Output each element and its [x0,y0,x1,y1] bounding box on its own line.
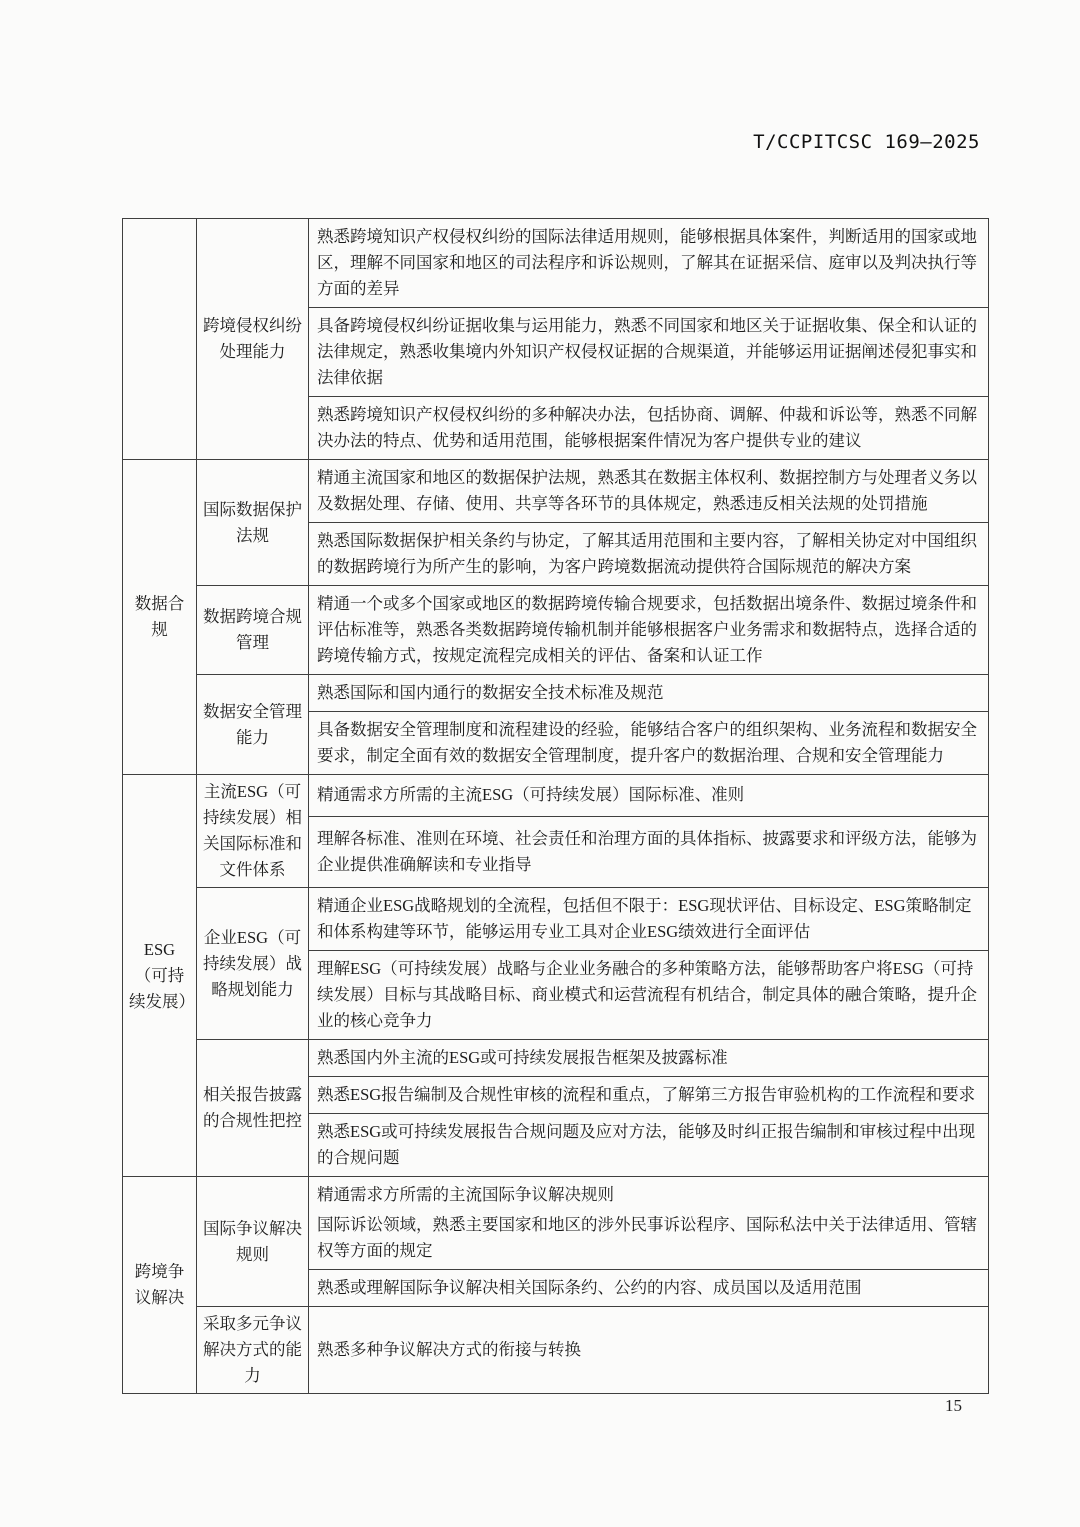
subcategory-cell: 国际数据保护法规 [197,460,309,586]
table-row: 企业ESG（可持续发展）战略规划能力精通企业ESG战略规划的全流程，包括但不限于… [123,888,989,951]
category-cell: 数据合规 [123,460,197,775]
requirement-cell: 具备跨境侵权纠纷证据收集与运用能力，熟悉不同国家和地区关于证据收集、保全和认证的… [309,308,989,397]
table-row: 相关报告披露的合规性把控熟悉国内外主流的ESG或可持续发展报告框架及披露标准 [123,1040,989,1077]
table-row: 数据跨境合规管理精通一个或多个国家或地区的数据跨境传输合规要求，包括数据出境条件… [123,586,989,675]
requirement-text: 熟悉国内外主流的ESG或可持续发展报告框架及披露标准 [317,1045,980,1071]
requirement-text: 精通一个或多个国家或地区的数据跨境传输合规要求，包括数据出境条件、数据过境条件和… [317,591,980,669]
requirement-text: 熟悉国际数据保护相关条约与协定，了解其适用范围和主要内容，了解相关协定对中国组织… [317,528,980,580]
requirement-text: 精通需求方所需的主流国际争议解决规则 [317,1182,980,1208]
subcategory-cell: 跨境侵权纠纷处理能力 [197,219,309,460]
requirement-text: 精通企业ESG战略规划的全流程，包括但不限于：ESG现状评估、目标设定、ESG策… [317,893,980,945]
requirement-cell: 理解各标准、准则在环境、社会责任和治理方面的具体指标、披露要求和评级方法，能够为… [309,816,989,887]
requirement-text: 理解ESG（可持续发展）战略与企业业务融合的多种策略方法，能够帮助客户将ESG（… [317,956,980,1034]
requirement-text: 具备数据安全管理制度和流程建设的经验，能够结合客户的组织架构、业务流程和数据安全… [317,717,980,769]
requirement-text: 精通需求方所需的主流ESG（可持续发展）国际标准、准则 [317,782,980,808]
requirement-cell: 精通企业ESG战略规划的全流程，包括但不限于：ESG现状评估、目标设定、ESG策… [309,888,989,951]
competency-table-body: 跨境侵权纠纷处理能力熟悉跨境知识产权侵权纠纷的国际法律适用规则，能够根据具体案件… [123,219,989,1394]
table-row: 采取多元争议解决方式的能力熟悉多种争议解决方式的衔接与转换 [123,1307,989,1394]
requirement-cell: 熟悉多种争议解决方式的衔接与转换 [309,1307,989,1394]
requirement-text: 熟悉国际和国内通行的数据安全技术标准及规范 [317,680,980,706]
table-row: 数据合规国际数据保护法规精通主流国家和地区的数据保护法规，熟悉其在数据主体权利、… [123,460,989,523]
requirement-cell: 精通需求方所需的主流国际争议解决规则国际诉讼领域，熟悉主要国家和地区的涉外民事诉… [309,1177,989,1270]
requirement-cell: 熟悉ESG或可持续发展报告合规问题及应对方法，能够及时纠正报告编制和审核过程中出… [309,1114,989,1177]
requirement-text: 熟悉跨境知识产权侵权纠纷的多种解决办法，包括协商、调解、仲裁和诉讼等，熟悉不同解… [317,402,980,454]
category-cell: 跨境争议解决 [123,1177,197,1394]
table-row: ESG（可持续发展）主流ESG（可持续发展）相关国际标准和文件体系精通需求方所需… [123,775,989,817]
doc-number: T/CCPITCSC 169—2025 [753,131,980,153]
requirement-cell: 熟悉跨境知识产权侵权纠纷的国际法律适用规则，能够根据具体案件，判断适用的国家或地… [309,219,989,308]
subcategory-cell: 数据安全管理能力 [197,675,309,775]
requirement-text: 熟悉跨境知识产权侵权纠纷的国际法律适用规则，能够根据具体案件，判断适用的国家或地… [317,224,980,302]
page-number: 15 [945,1396,962,1416]
subcategory-cell: 采取多元争议解决方式的能力 [197,1307,309,1394]
requirement-cell: 熟悉ESG报告编制及合规性审核的流程和重点，了解第三方报告审验机构的工作流程和要… [309,1077,989,1114]
document-page: T/CCPITCSC 169—2025 跨境侵权纠纷处理能力熟悉跨境知识产权侵权… [0,0,1080,1527]
requirement-cell: 熟悉国际数据保护相关条约与协定，了解其适用范围和主要内容，了解相关协定对中国组织… [309,523,989,586]
subcategory-cell: 数据跨境合规管理 [197,586,309,675]
subcategory-cell: 相关报告披露的合规性把控 [197,1040,309,1177]
requirement-cell: 精通主流国家和地区的数据保护法规，熟悉其在数据主体权利、数据控制方与处理者义务以… [309,460,989,523]
table-row: 数据安全管理能力熟悉国际和国内通行的数据安全技术标准及规范 [123,675,989,712]
requirement-text: 具备跨境侵权纠纷证据收集与运用能力，熟悉不同国家和地区关于证据收集、保全和认证的… [317,313,980,391]
requirement-text: 精通主流国家和地区的数据保护法规，熟悉其在数据主体权利、数据控制方与处理者义务以… [317,465,980,517]
table-row: 跨境争议解决国际争议解决规则精通需求方所需的主流国际争议解决规则国际诉讼领域，熟… [123,1177,989,1270]
requirement-cell: 精通一个或多个国家或地区的数据跨境传输合规要求，包括数据出境条件、数据过境条件和… [309,586,989,675]
requirement-text: 熟悉ESG或可持续发展报告合规问题及应对方法，能够及时纠正报告编制和审核过程中出… [317,1119,980,1171]
requirement-cell: 熟悉跨境知识产权侵权纠纷的多种解决办法，包括协商、调解、仲裁和诉讼等，熟悉不同解… [309,397,989,460]
requirement-text: 理解各标准、准则在环境、社会责任和治理方面的具体指标、披露要求和评级方法，能够为… [317,826,980,878]
requirement-text: 熟悉多种争议解决方式的衔接与转换 [317,1337,980,1363]
requirement-cell: 熟悉国内外主流的ESG或可持续发展报告框架及披露标准 [309,1040,989,1077]
requirement-cell: 熟悉国际和国内通行的数据安全技术标准及规范 [309,675,989,712]
requirement-text: 国际诉讼领域，熟悉主要国家和地区的涉外民事诉讼程序、国际私法中关于法律适用、管辖… [317,1212,980,1264]
category-cell [123,219,197,460]
subcategory-cell: 主流ESG（可持续发展）相关国际标准和文件体系 [197,775,309,888]
subcategory-cell: 国际争议解决规则 [197,1177,309,1307]
requirement-cell: 具备数据安全管理制度和流程建设的经验，能够结合客户的组织架构、业务流程和数据安全… [309,712,989,775]
category-cell: ESG（可持续发展） [123,775,197,1177]
subcategory-cell: 企业ESG（可持续发展）战略规划能力 [197,888,309,1040]
requirement-text: 熟悉ESG报告编制及合规性审核的流程和重点，了解第三方报告审验机构的工作流程和要… [317,1082,980,1108]
requirement-cell: 理解ESG（可持续发展）战略与企业业务融合的多种策略方法，能够帮助客户将ESG（… [309,951,989,1040]
table-row: 跨境侵权纠纷处理能力熟悉跨境知识产权侵权纠纷的国际法律适用规则，能够根据具体案件… [123,219,989,308]
competency-table: 跨境侵权纠纷处理能力熟悉跨境知识产权侵权纠纷的国际法律适用规则，能够根据具体案件… [122,218,989,1394]
requirement-cell: 熟悉或理解国际争议解决相关国际条约、公约的内容、成员国以及适用范围 [309,1270,989,1307]
requirement-text: 熟悉或理解国际争议解决相关国际条约、公约的内容、成员国以及适用范围 [317,1275,980,1301]
requirement-cell: 精通需求方所需的主流ESG（可持续发展）国际标准、准则 [309,775,989,817]
